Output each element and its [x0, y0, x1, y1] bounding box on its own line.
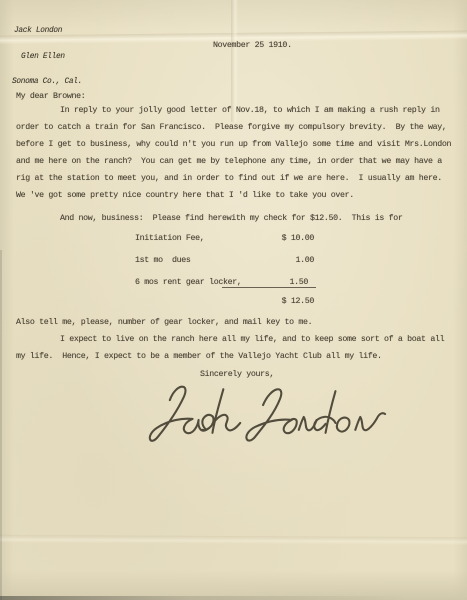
body-line: rig at the station to meet you, and in o…	[16, 172, 456, 185]
fee-amount-underlined: 1.50	[222, 278, 316, 288]
signature-svg	[146, 378, 394, 448]
fee-label: 1st mo dues	[135, 256, 191, 265]
body-line: We 've got some pretty nice country here…	[16, 189, 456, 202]
date-line: November 25 1910.	[213, 39, 467, 52]
body-line: and me here on the ranch? You can get me…	[16, 155, 456, 168]
letterhead-name: Jack London	[14, 27, 82, 36]
jack-london-signature: Jack London	[146, 378, 394, 453]
letter-photo: Jack London Glen Ellen Sonoma Co., Cal. …	[0, 0, 467, 600]
photo-edge-left	[0, 250, 2, 600]
body-line: And now, business: Please find herewith …	[16, 212, 467, 225]
fee-total-row: $ 12.50	[16, 297, 456, 313]
fee-row-dues: 1st mo dues 1.00	[16, 256, 456, 272]
fee-amount: $ 10.00	[256, 234, 314, 243]
fee-amount: 1.00	[256, 256, 314, 265]
body-line: Also tell me, please, number of gear loc…	[16, 316, 456, 329]
fee-row-initiation: Initiation Fee, $ 10.00	[16, 234, 456, 250]
body-line: my life. Hence, I expect to be a member …	[16, 350, 456, 363]
body-line: before I get to business, why could n't …	[16, 138, 456, 151]
salutation: My dear Browne:	[16, 90, 456, 103]
letterhead-town: Glen Ellen	[21, 53, 82, 62]
photo-edge-bottom	[0, 596, 467, 600]
body-line: In reply to your jolly good letter of No…	[16, 104, 467, 117]
body-line: order to catch a train for San Francisco…	[16, 121, 456, 134]
body-line: I expect to live on the ranch here all m…	[16, 333, 467, 346]
fee-total: $ 12.50	[256, 297, 314, 306]
fee-row-locker: 6 mos rent gear locker, 1.50	[16, 278, 456, 294]
fee-label: Initiation Fee,	[135, 234, 204, 243]
letterhead-county: Sonoma Co., Cal.	[12, 78, 82, 87]
